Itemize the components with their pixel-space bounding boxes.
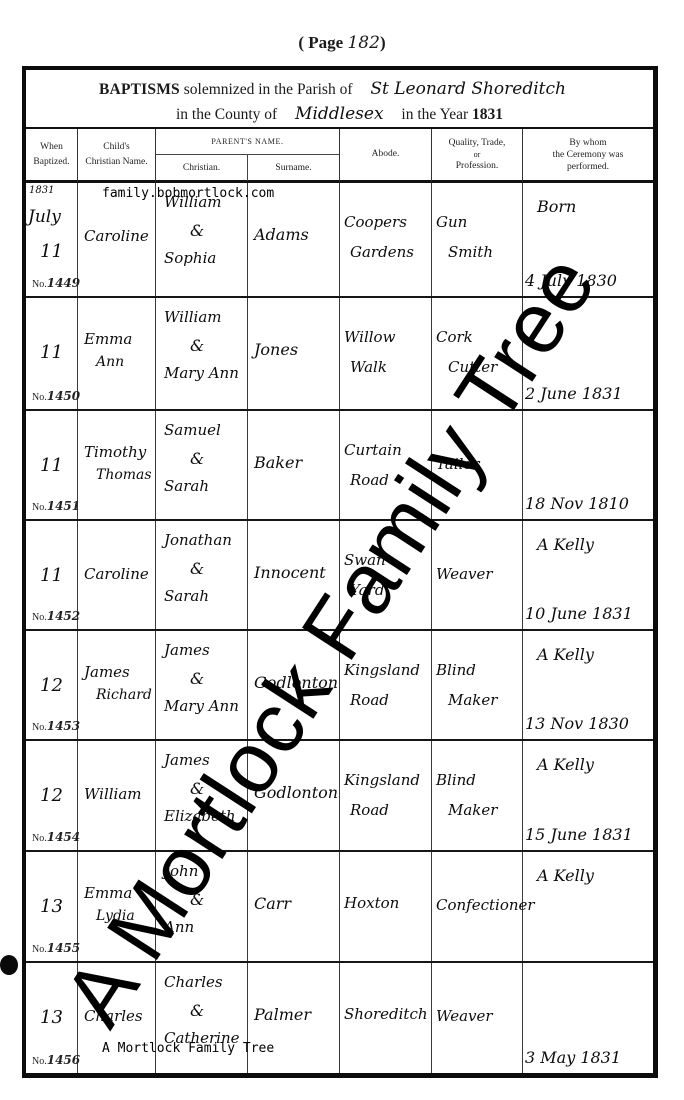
register-year: 1831: [472, 106, 503, 123]
page-label: ( Page: [298, 33, 347, 52]
header-text: the Ceremony was: [523, 149, 653, 161]
header-text: Quality, Trade,: [432, 137, 522, 149]
child-middle-name: Richard: [96, 687, 152, 703]
birth-date-note: 18 Nov 1810: [525, 494, 629, 513]
table-cell: KingslandRoad: [340, 741, 432, 850]
profession-line: Gun: [436, 213, 467, 231]
table-cell: Confectioner: [432, 852, 523, 961]
child-christian-name: Emma: [84, 330, 132, 348]
table-cell: Samuel&Sarah: [156, 411, 248, 519]
header-by-whom: By whom the Ceremony was performed.: [523, 129, 653, 183]
table-cell: Hoxton: [340, 852, 432, 961]
entry-number: No.1456: [32, 1053, 80, 1067]
title-county-label: in the County of: [176, 106, 277, 123]
officiant-name: Born: [537, 197, 576, 216]
entry-number: No.1453: [32, 719, 80, 733]
profession-line: Blind: [436, 771, 476, 789]
baptism-day: 11: [40, 342, 63, 363]
father-name: Charles: [164, 973, 223, 991]
table-cell: 1831July11No.1449: [26, 183, 78, 296]
abode-line: Shoreditch: [344, 1005, 428, 1023]
entry-number-value: 1453: [47, 719, 80, 733]
table-row: 11No.1451TimothyThomasSamuel&SarahBakerC…: [26, 411, 653, 521]
entry-number-prefix: No.: [32, 392, 47, 403]
father-name: William: [164, 308, 222, 326]
baptism-day: 13: [40, 896, 63, 917]
header-text: Baptized.: [26, 155, 77, 170]
header-when-baptized: When Baptized.: [26, 129, 78, 183]
table-cell: EmmaAnn: [78, 298, 156, 409]
baptism-day: 12: [40, 675, 63, 696]
title-line-parish: BAPTISMS solemnized in the Parish of St …: [26, 79, 653, 99]
mother-name: Mary Ann: [164, 364, 239, 382]
header-text: By whom: [523, 137, 653, 149]
conjunction: &: [190, 559, 204, 578]
child-christian-name: Caroline: [84, 565, 149, 583]
header-parents-christian: Christian.: [156, 155, 248, 181]
entry-number: No.1450: [32, 389, 80, 403]
page-number: ( Page 182): [0, 33, 684, 53]
officiant-name: A Kelly: [537, 755, 594, 774]
abode-line: Walk: [350, 358, 387, 376]
birth-date-note: 3 May 1831: [525, 1048, 621, 1067]
baptism-day: 11: [40, 565, 63, 586]
abode-line: Gardens: [350, 243, 414, 261]
header-text: Christian Name.: [78, 155, 155, 170]
officiant-name: A Kelly: [537, 535, 594, 554]
parents-surname: Adams: [254, 225, 309, 244]
profession-line: Smith: [448, 243, 493, 261]
entry-number-value: 1451: [47, 499, 80, 513]
table-cell: WillowWalk: [340, 298, 432, 409]
header-abode: Abode.: [340, 129, 432, 183]
child-christian-name: James: [84, 663, 130, 681]
profession-line: Weaver: [436, 1007, 493, 1025]
father-name: Samuel: [164, 421, 221, 439]
baptism-month: July: [28, 207, 61, 227]
entry-number-value: 1450: [47, 389, 80, 403]
table-cell: BlindMaker: [432, 631, 523, 739]
entry-number-value: 1449: [47, 276, 80, 290]
header-parents-name: PARENT'S NAME. Christian. Surname.: [156, 129, 340, 183]
table-cell: Jones: [248, 298, 340, 409]
abode-line: Coopers: [344, 213, 407, 231]
birth-date-note: 13 Nov 1830: [525, 714, 629, 733]
table-cell: 13No.1455: [26, 852, 78, 961]
table-cell: 18 Nov 1810: [523, 411, 653, 519]
profession-line: Blind: [436, 661, 476, 679]
child-christian-name: William: [84, 785, 142, 803]
watermark-url: family.bobmortlock.com: [102, 186, 274, 201]
table-cell: A Kelly: [523, 852, 653, 961]
page-number-value: 182: [347, 33, 379, 53]
county-name: Middlesex: [281, 104, 397, 124]
table-cell: Weaver: [432, 963, 523, 1073]
ink-blot: [0, 955, 18, 975]
conjunction: &: [190, 1001, 204, 1020]
table-cell: Carr: [248, 852, 340, 961]
header-text: Abode.: [340, 147, 431, 162]
profession-line: Maker: [448, 691, 497, 709]
mother-name: Sarah: [164, 587, 209, 605]
parents-surname: Palmer: [254, 1005, 311, 1024]
table-cell: 3 May 1831: [523, 963, 653, 1073]
table-cell: Baker: [248, 411, 340, 519]
table-cell: A Kelly10 June 1831: [523, 521, 653, 629]
officiant-name: A Kelly: [537, 645, 594, 664]
table-cell: 12No.1453: [26, 631, 78, 739]
entry-number: No.1449: [32, 276, 80, 290]
table-cell: BlindMaker: [432, 741, 523, 850]
table-row: 12No.1454WilliamJames&ElizabethGodlonton…: [26, 741, 653, 852]
birth-date-note: 10 June 1831: [525, 604, 633, 623]
header-text: or: [432, 149, 522, 160]
abode-line: Willow: [344, 328, 395, 346]
table-cell: 11No.1450: [26, 298, 78, 409]
entry-number-prefix: No.: [32, 833, 47, 844]
conjunction: &: [190, 336, 204, 355]
header-text: Child's: [78, 140, 155, 155]
conjunction: &: [190, 669, 204, 688]
entry-number-prefix: No.: [32, 612, 47, 623]
table-cell: Jonathan&Sarah: [156, 521, 248, 629]
mother-name: Sophia: [164, 249, 216, 267]
parents-surname: Carr: [254, 894, 291, 913]
profession-line: Maker: [448, 801, 497, 819]
table-cell: Charles&Catherine: [156, 963, 248, 1073]
abode-line: Kingsland: [344, 771, 420, 789]
title-solemnized: solemnized in the Parish of: [180, 81, 353, 98]
table-cell: 11No.1452: [26, 521, 78, 629]
header-text: performed.: [523, 161, 653, 173]
child-christian-name: Timothy: [84, 443, 146, 461]
page-suffix: ): [380, 33, 386, 52]
table-cell: 11No.1451: [26, 411, 78, 519]
conjunction: &: [190, 449, 204, 468]
entry-number-prefix: No.: [32, 502, 47, 513]
entry-number: No.1451: [32, 499, 80, 513]
entry-number: No.1452: [32, 609, 80, 623]
child-middle-name: Ann: [96, 354, 124, 370]
mother-name: Sarah: [164, 477, 209, 495]
parents-surname: Baker: [254, 453, 302, 472]
baptism-day: 13: [40, 1007, 63, 1028]
child-christian-name: Caroline: [84, 227, 149, 245]
table-cell: Caroline: [78, 521, 156, 629]
abode-line: Road: [350, 691, 389, 709]
table-cell: JamesRichard: [78, 631, 156, 739]
watermark-footer: A Mortlock Family Tree: [102, 1041, 274, 1056]
entry-number-value: 1452: [47, 609, 80, 623]
title-baptisms: BAPTISMS: [99, 81, 180, 98]
entry-number-prefix: No.: [32, 279, 47, 290]
header-text: Profession.: [432, 160, 522, 173]
table-cell: A Kelly13 Nov 1830: [523, 631, 653, 739]
profession-line: Confectioner: [436, 896, 535, 914]
baptism-day: 11: [40, 241, 63, 262]
title-line-county: in the County of Middlesex in the Year 1…: [26, 104, 653, 124]
officiant-name: A Kelly: [537, 866, 594, 885]
title-year-label: in the Year: [401, 106, 468, 123]
entry-number-value: 1454: [47, 830, 80, 844]
entry-number-prefix: No.: [32, 722, 47, 733]
abode-line: Hoxton: [344, 894, 399, 912]
table-cell: William: [78, 741, 156, 850]
father-name: James: [164, 641, 210, 659]
parents-surname: Jones: [254, 340, 298, 359]
header-child-name: Child's Christian Name.: [78, 129, 156, 183]
table-cell: A Kelly15 June 1831: [523, 741, 653, 850]
parish-name: St Leonard Shoreditch: [356, 79, 580, 99]
header-parents-group: PARENT'S NAME.: [156, 129, 339, 155]
table-cell: 12No.1454: [26, 741, 78, 850]
entry-number-prefix: No.: [32, 1056, 47, 1067]
table-cell: Palmer: [248, 963, 340, 1073]
child-middle-name: Thomas: [96, 467, 152, 483]
entry-number-prefix: No.: [32, 944, 47, 955]
abode-line: Road: [350, 801, 389, 819]
table-cell: CoopersGardens: [340, 183, 432, 296]
table-cell: TimothyThomas: [78, 411, 156, 519]
birth-date-note: 15 June 1831: [525, 825, 633, 844]
header-text: When: [26, 140, 77, 155]
register-title: BAPTISMS solemnized in the Parish of St …: [26, 70, 653, 129]
entry-number-value: 1456: [47, 1053, 80, 1067]
entry-number: No.1454: [32, 830, 80, 844]
father-name: Jonathan: [164, 531, 232, 549]
profession-line: Weaver: [436, 565, 493, 583]
baptism-day: 12: [40, 785, 63, 806]
header-parents-surname: Surname.: [248, 155, 339, 181]
table-cell: William&Mary Ann: [156, 298, 248, 409]
table-cell: Shoreditch: [340, 963, 432, 1073]
baptism-year-note: 1831: [29, 185, 54, 196]
header-quality-trade: Quality, Trade, or Profession.: [432, 129, 523, 183]
conjunction: &: [190, 221, 204, 240]
baptism-day: 11: [40, 455, 63, 476]
